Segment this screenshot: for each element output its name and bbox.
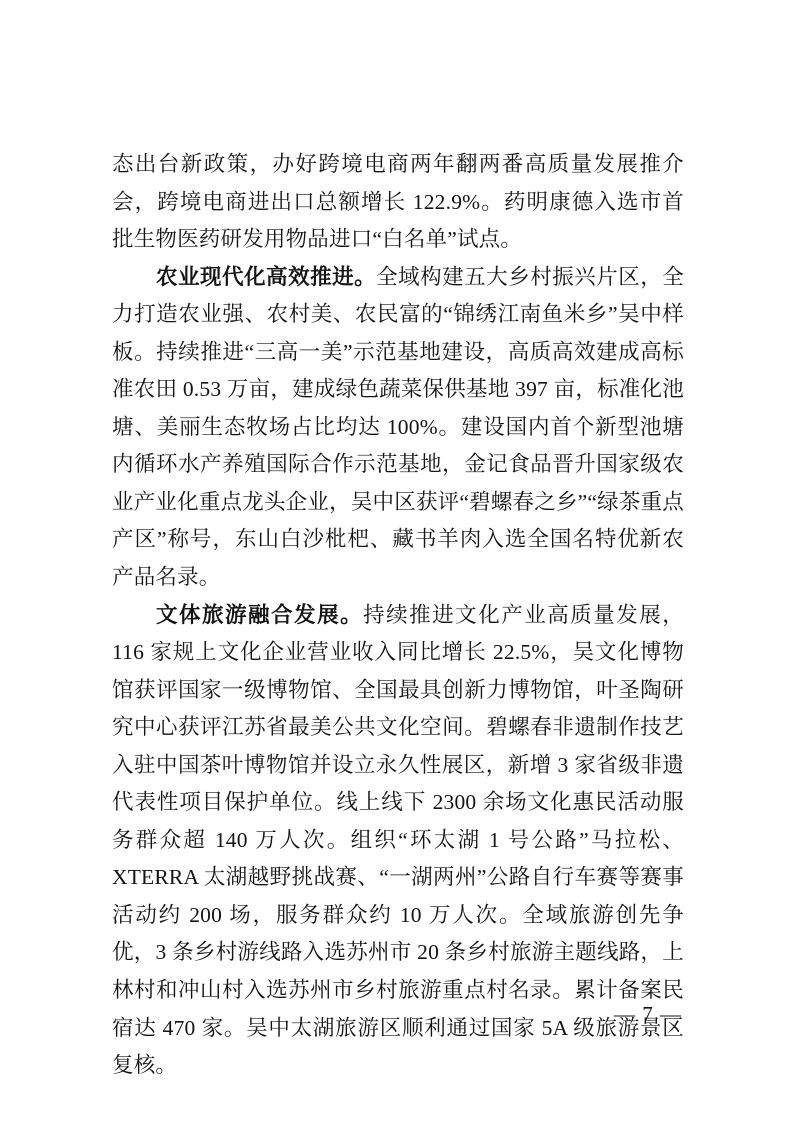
- body-text: 态出台新政策，办好跨境电商两年翻两番高质量发展推介会，跨境电商进出口总额增长 1…: [112, 146, 684, 1085]
- paragraph: 态出台新政策，办好跨境电商两年翻两番高质量发展推介会，跨境电商进出口总额增长 1…: [112, 146, 684, 259]
- paragraph-lead: 文体旅游融合发展。: [156, 603, 363, 627]
- paragraph-text: 持续推进文化产业高质量发展，116 家规上文化企业营业收入同比增长 22.5%，…: [112, 603, 684, 1078]
- paragraph: 文体旅游融合发展。持续推进文化产业高质量发展，116 家规上文化企业营业收入同比…: [112, 597, 684, 1085]
- paragraph: 农业现代化高效推进。全域构建五大乡村振兴片区，全力打造农业强、农村美、农民富的“…: [112, 259, 684, 597]
- paragraph-text: 态出台新政策，办好跨境电商两年翻两番高质量发展推介会，跨境电商进出口总额增长 1…: [112, 152, 684, 251]
- document-page: 态出台新政策，办好跨境电商两年翻两番高质量发展推介会，跨境电商进出口总额增长 1…: [0, 0, 793, 1122]
- paragraph-text: 全域构建五大乡村振兴片区，全力打造农业强、农村美、农民富的“锦绣江南鱼米乡”吴中…: [112, 265, 684, 589]
- paragraph-lead: 农业现代化高效推进。: [156, 265, 376, 289]
- page-number: — 7 —: [606, 1000, 690, 1028]
